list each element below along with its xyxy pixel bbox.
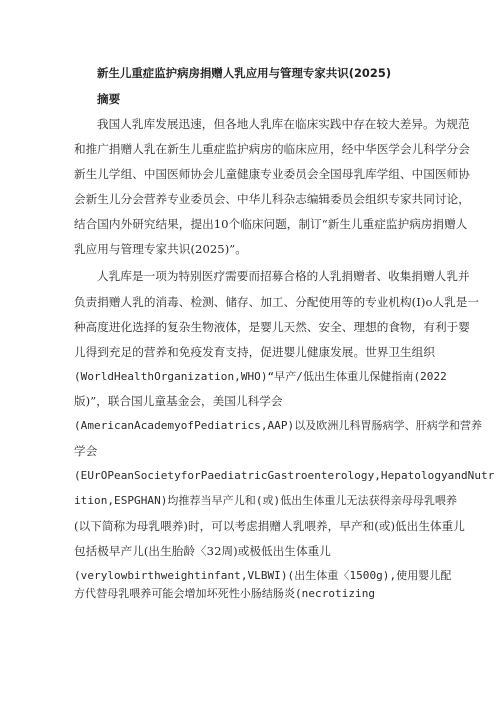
text-line: (以下简称为母乳喂养)时，可以考虑捐赠人乳喂养，早产和(或)低出生体重儿 [74,519,465,533]
text-line: 种高度进化选择的复杂生物液体，是婴儿天然、安全、理想的食物，有利于婴 [74,320,470,334]
text-line: (EUrOPeanSocietyforPaediatricGastroenter… [74,469,494,483]
text-line: (verylowbirthweightinfant,VLBWI)(出生体重〈15… [74,569,451,583]
text-line: 人乳库是一项为特别医疗需要而招募合格的人乳捐赠者、收集捐赠人乳并 [97,269,470,283]
text-line: 我国人乳库发展迅速，但各地人乳库在临床实践中存在较大差异。为规范 [97,117,470,131]
text-line: 新生儿学组、中国医师协会儿童健康专业委员会全国母乳库学组、中国医师协 [74,167,470,181]
text-line: 包括极早产儿(出生胎龄〈32周)或极低出生体重儿 [74,544,331,558]
text-line: (WorldHealthOrganization,WHO)“早产/低出生体重儿保… [74,370,447,384]
text-line: 负责捐赠人乳的消毒、检测、储存、加工、分配使用等的专业机构(I)o人乳是一 [74,295,479,309]
text-line: 学会 [74,444,97,458]
text-line: 和推广捐赠人乳在新生儿重症监护病房的临床应用，经中华医学会儿科学分会 [74,142,470,156]
text-line: 会新生儿分会营养专业委员会、中华儿科杂志编辑委员会组织专家共同讨论， [74,192,470,206]
document-title: 新生儿重症监护病房捐赠人乳应用与管理专家共识(2025) [97,66,391,80]
text-line: 版)”，联合国儿童基金会，美国儿科学会 [74,394,283,408]
text-line: (AmericanAcademyofPediatrics,AAP)以及欧洲儿科胃… [74,419,482,433]
abstract-heading: 摘要 [97,92,120,106]
text-line: 结合国内外研究结果，提出10个临床问题，制订“新生儿重症监护病房捐赠人 [74,217,467,231]
text-line: 儿得到充足的营养和免疫发育支持，促进婴儿健康发展。世界卫生组织 [74,345,435,359]
text-line: 方代替母乳喂养可能会增加坏死性小肠结肠炎(necrotizing [74,587,375,601]
text-line: 乳应用与管理专家共识(2025)”。 [74,242,247,256]
document-page: 新生儿重症监护病房捐赠人乳应用与管理专家共识(2025) 摘要 我国人乳库发展迅… [0,0,500,707]
text-line: ition,ESPGHAN)均推荐当早产儿和(或)低出生体重儿无法获得亲母母乳喂… [74,494,457,508]
